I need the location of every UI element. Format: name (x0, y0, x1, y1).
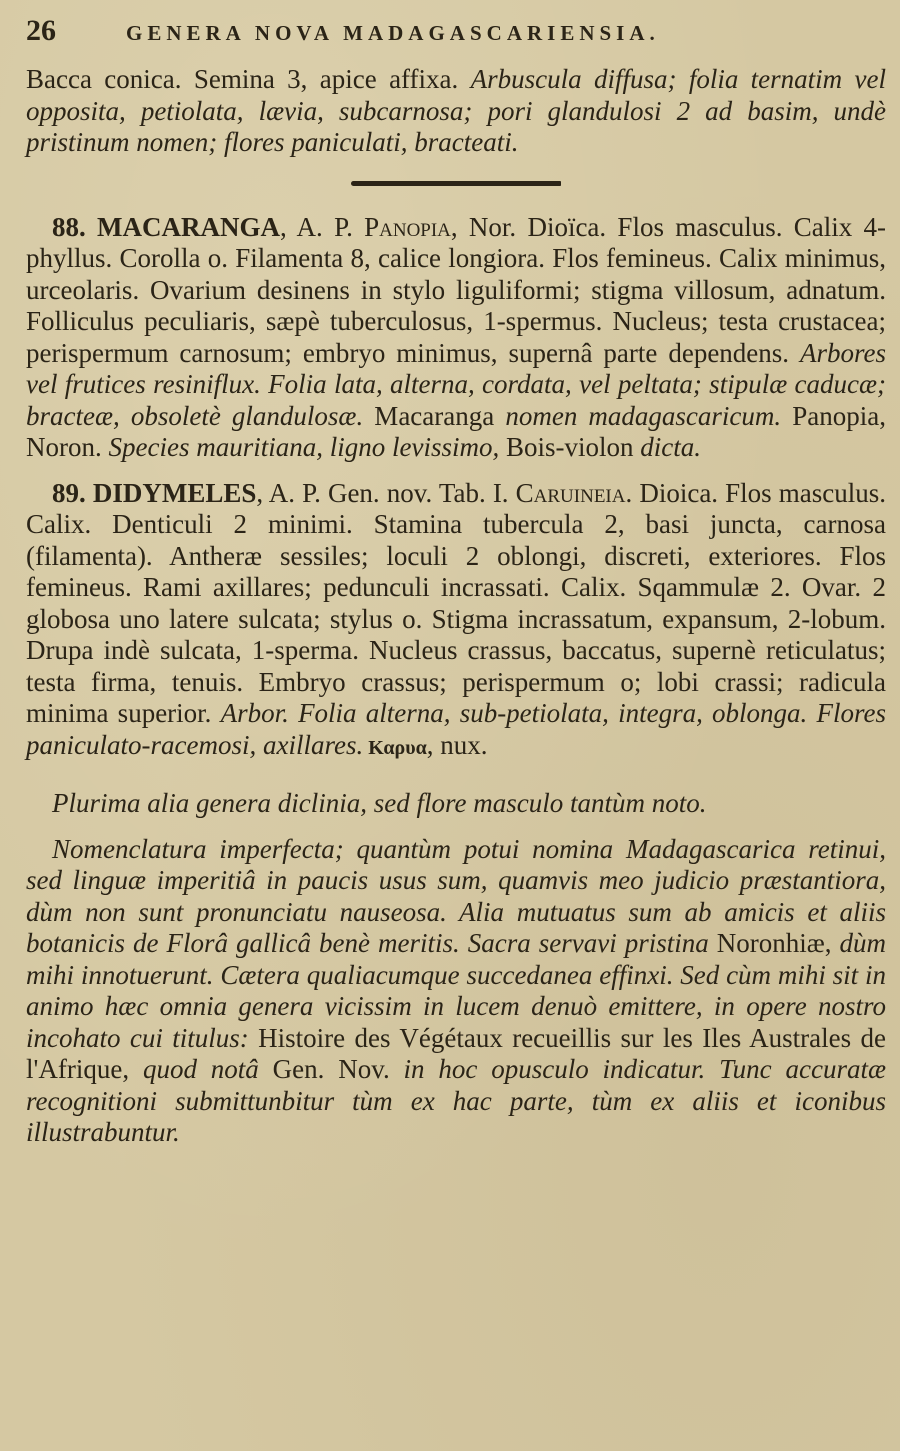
intro-paragraph: Bacca conica. Semina 3, apice affixa. Ar… (26, 64, 886, 159)
synonym: Panopia (364, 212, 451, 242)
text: Gen. Nov. (259, 1054, 404, 1084)
author: , A. P. (256, 478, 328, 508)
running-title: GENERA NOVA MADAGASCARIENSIA. (126, 21, 660, 46)
synonym: Caruineia (516, 478, 626, 508)
description: . Dioica. Flos masculus. Calix. Denticul… (26, 478, 886, 729)
text: Gen. nov. Tab. I. (328, 478, 516, 508)
text-italic: Species mauritiana, ligno levissimo, (109, 432, 500, 462)
text: Macaranga (363, 401, 505, 431)
genus-name: MACARANGA (97, 212, 280, 242)
note-diclinia: Plurima alia genera diclinia, sed flore … (26, 788, 886, 820)
text: Noronhiæ, (709, 928, 840, 958)
greek-word: Καρυα (363, 737, 427, 759)
author: , A. P. (280, 212, 364, 242)
book-page: 26 GENERA NOVA MADAGASCARIENSIA. Bacca c… (0, 0, 900, 1451)
page-header: 26 GENERA NOVA MADAGASCARIENSIA. (26, 14, 886, 64)
page-number: 26 (26, 14, 126, 48)
note-nomenclatura: Nomenclatura imperfecta; quantùm potui n… (26, 834, 886, 1149)
text-italic: nomen madagascaricum. (505, 401, 781, 431)
entry-89-didymeles: 89. DIDYMELES, A. P. Gen. nov. Tab. I. C… (26, 478, 886, 765)
entry-number: 89. (52, 478, 86, 508)
genus-name: DIDYMELES (93, 478, 257, 508)
intro-text: Bacca conica. Semina 3, apice affixa. (26, 64, 471, 94)
note-italic: quod notâ (143, 1054, 259, 1084)
section-separator-rule (351, 181, 561, 186)
entry-88-macaranga: 88. MACARANGA, A. P. Panopia, Nor. Dioïc… (26, 212, 886, 464)
text-italic: dicta. (640, 432, 701, 462)
entry-number: 88. (52, 212, 86, 242)
text: Bois-violon (499, 432, 640, 462)
note-italic: Plurima alia genera diclinia, sed flore … (52, 788, 706, 818)
text: , nux. (427, 730, 488, 760)
